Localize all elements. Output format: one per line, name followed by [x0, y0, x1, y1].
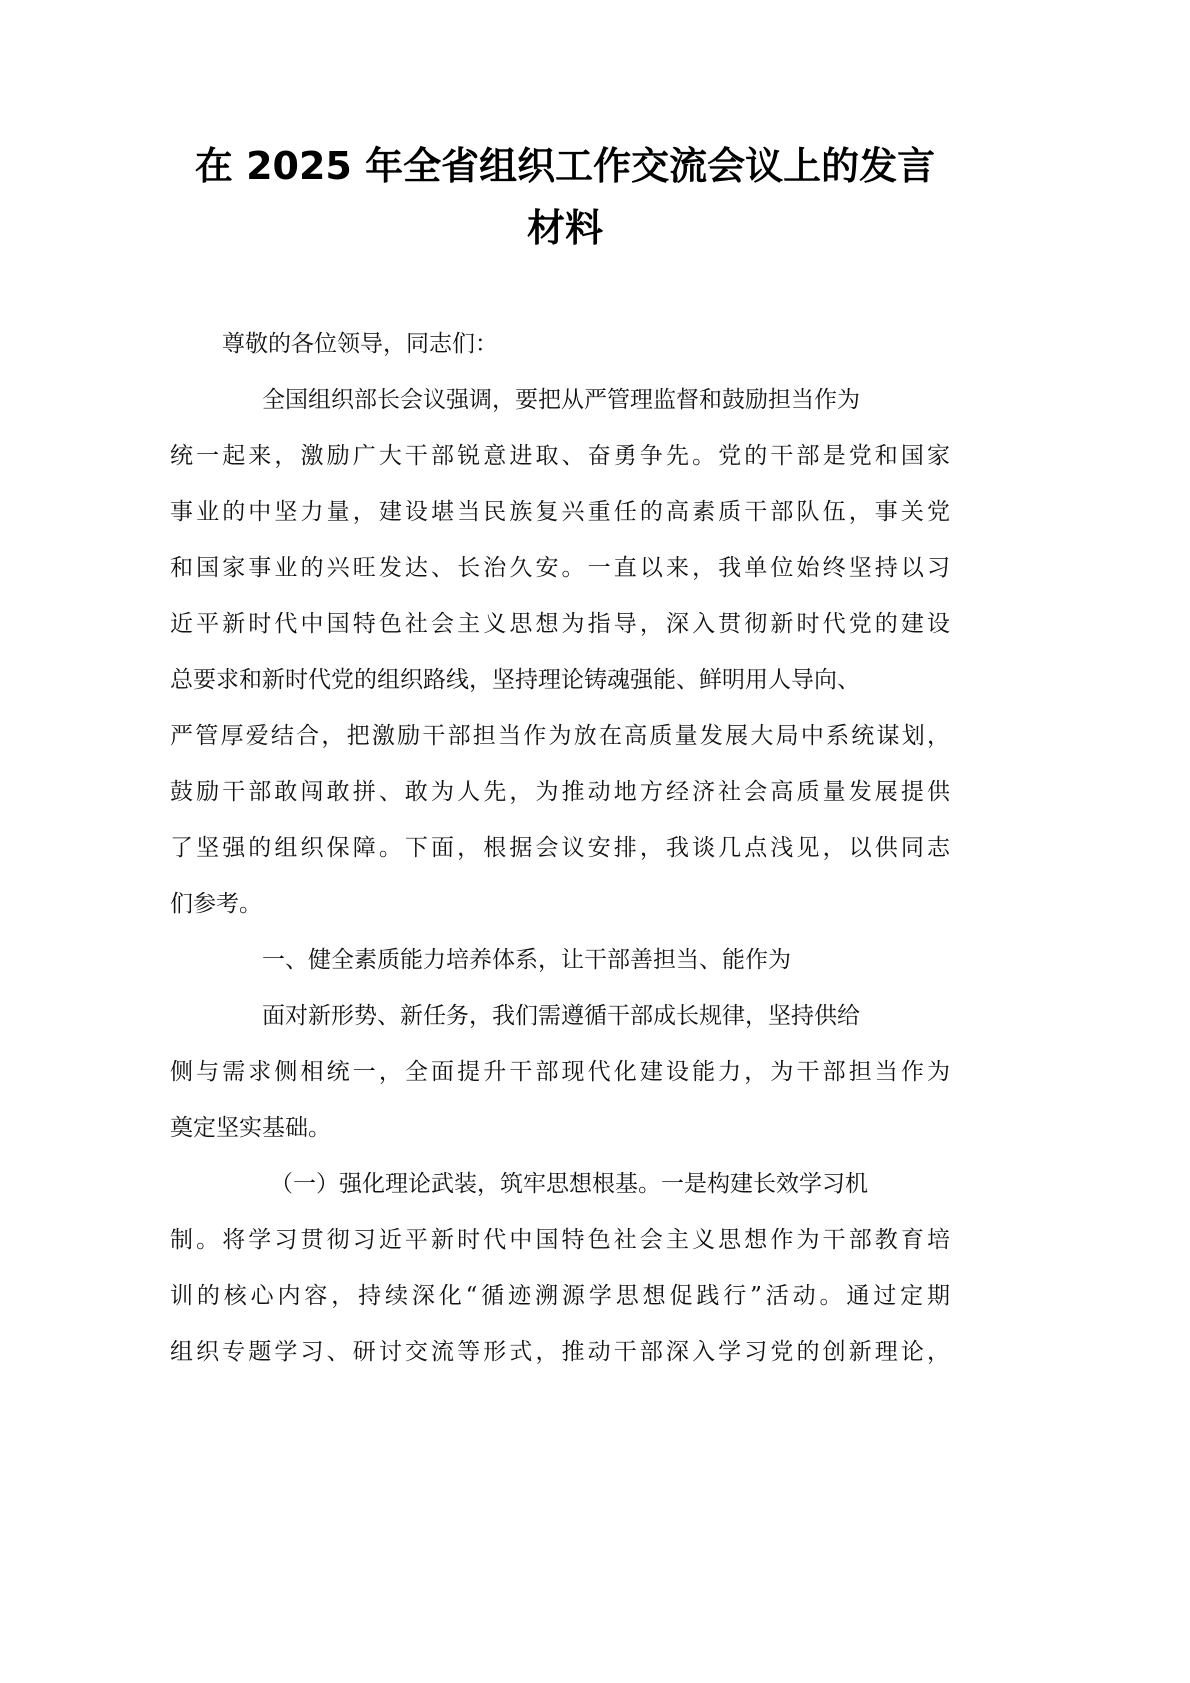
document-title: 在 2025 年全省组织工作交流会议上的发言 材料	[170, 135, 960, 259]
title-line-2: 材料	[170, 197, 960, 259]
paragraph-line: 侧与需求侧相统一，全面提升干部现代化建设能力，为干部担当作为	[170, 1044, 950, 1100]
title-line-1: 在 2025 年全省组织工作交流会议上的发言	[170, 135, 960, 197]
paragraph-line: 全国组织部长会议强调，要把从严管理监督和鼓励担当作为	[170, 372, 950, 428]
paragraph-intro: 全国组织部长会议强调，要把从严管理监督和鼓励担当作为 统一起来，激励广大干部锐意…	[170, 372, 950, 932]
paragraph-line: 训的核心内容，持续深化“循迹溯源学思想促践行”活动。通过定期	[170, 1268, 950, 1324]
paragraph-line: 近平新时代中国特色社会主义思想为指导，深入贯彻新时代党的建设	[170, 596, 950, 652]
paragraph-line: 和国家事业的兴旺发达、长治久安。一直以来，我单位始终坚持以习	[170, 540, 950, 596]
paragraph-line: 制。将学习贯彻习近平新时代中国特色社会主义思想作为干部教育培	[170, 1212, 950, 1268]
document-body: 尊敬的各位领导，同志们： 全国组织部长会议强调，要把从严管理监督和鼓励担当作为 …	[170, 316, 950, 1380]
salutation: 尊敬的各位领导，同志们：	[170, 316, 950, 372]
paragraph-line: 统一起来，激励广大干部锐意进取、奋勇争先。党的干部是党和国家	[170, 428, 950, 484]
paragraph-line: 总要求和新时代党的组织路线，坚持理论铸魂强能、鲜明用人导向、	[170, 652, 950, 708]
document-page: 在 2025 年全省组织工作交流会议上的发言 材料 尊敬的各位领导，同志们： 全…	[0, 0, 1190, 1683]
paragraph-section-1-intro: 面对新形势、新任务，我们需遵循干部成长规律，坚持供给 侧与需求侧相统一，全面提升…	[170, 988, 950, 1156]
paragraph-line: 奠定坚实基础。	[170, 1100, 950, 1156]
paragraph-line: 严管厚爱结合，把激励干部担当作为放在高质量发展大局中系统谋划，	[170, 708, 950, 764]
paragraph-line: 了坚强的组织保障。下面，根据会议安排，我谈几点浅见，以供同志	[170, 820, 950, 876]
subsection-heading-line: （一）强化理论武装，筑牢思想根基。一是构建长效学习机	[170, 1156, 950, 1212]
section-heading-1: 一、健全素质能力培养体系，让干部善担当、能作为	[170, 932, 950, 988]
paragraph-line: 鼓励干部敢闯敢拼、敢为人先，为推动地方经济社会高质量发展提供	[170, 764, 950, 820]
paragraph-line: 组织专题学习、研讨交流等形式，推动干部深入学习党的创新理论，	[170, 1324, 950, 1380]
paragraph-subsection-1: （一）强化理论武装，筑牢思想根基。一是构建长效学习机 制。将学习贯彻习近平新时代…	[170, 1156, 950, 1380]
paragraph-line: 们参考。	[170, 876, 950, 932]
paragraph-line: 面对新形势、新任务，我们需遵循干部成长规律，坚持供给	[170, 988, 950, 1044]
paragraph-line: 事业的中坚力量，建设堪当民族复兴重任的高素质干部队伍，事关党	[170, 484, 950, 540]
